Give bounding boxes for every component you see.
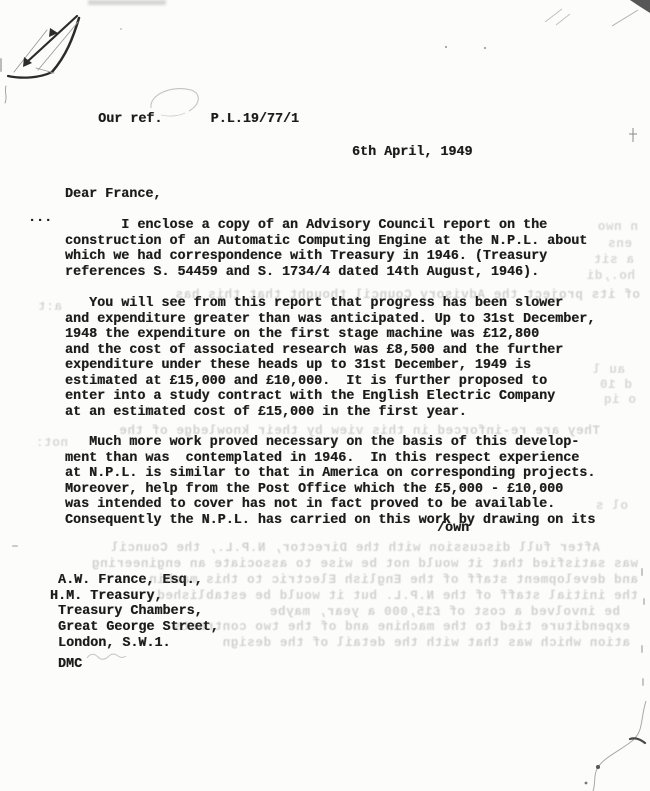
page-curl-crease <box>558 695 650 791</box>
ghost-fragment: ol s <box>588 499 628 513</box>
ghost-bleedthrough-line: ation which was that with the detail of … <box>150 636 630 650</box>
ghost-bleedthrough-line: be involved a cost of £15,000 a year, ma… <box>150 605 620 619</box>
ghost-fragment: a sit <box>584 253 634 267</box>
ghost-fragment: au l <box>585 363 625 377</box>
pencil-squiggle-mark <box>85 646 140 664</box>
scan-speck <box>0 58 2 72</box>
ghost-fragment: ens <box>592 237 632 251</box>
scan-speck <box>445 46 447 48</box>
ghost-fragment: d 10 <box>592 378 632 392</box>
ghost-fragment: ho.,di <box>575 269 635 283</box>
ghost-fragment: a:t <box>28 300 62 314</box>
ghost-bleedthrough-line: They are re-inforced in this view by the… <box>35 424 600 438</box>
ghost-fragment: n nwo <box>580 220 638 234</box>
scan-speck <box>641 568 643 576</box>
small-cross-mark <box>626 126 642 146</box>
scanned-letter-page: Our ref. P.L.19/77/1 6th April, 1949 Dea… <box>0 0 650 791</box>
reference-line: Our ref. P.L.19/77/1 <box>66 96 299 143</box>
paragraph-2: You will see from this report that progr… <box>65 296 595 420</box>
scan-speck <box>641 645 643 653</box>
reference-spacer <box>162 112 210 127</box>
ghost-bleedthrough-line: the initial staff of the N.P.L. but it w… <box>145 589 638 603</box>
ghost-bleedthrough-line: expenditure tied to the machine and of t… <box>150 620 630 634</box>
reference-value: P.L.19/77/1 <box>211 112 299 127</box>
scan-speck <box>643 598 645 605</box>
ghost-fragment: not: <box>28 436 68 450</box>
paragraph-1: I enclose a copy of an Advisory Council … <box>65 218 587 280</box>
ghost-bleedthrough-line: was satisfied that it would not be wise … <box>18 557 638 571</box>
scan-speck <box>642 678 644 686</box>
ghost-fragment: o iq <box>596 393 636 407</box>
scan-speck <box>120 28 122 30</box>
ghost-bleedthrough-line: of its project the Advisory Council thou… <box>95 288 640 302</box>
scan-smudge-top <box>88 0 166 5</box>
ghost-bleedthrough-line: and development staff of the English Ele… <box>150 573 638 587</box>
corner-mark-top-right <box>540 0 650 40</box>
typist-initials: DMC <box>58 657 82 673</box>
paragraph-3: Much more work proved necessary on the b… <box>65 435 595 528</box>
page-continuation: /own <box>437 521 469 537</box>
ghost-bleedthrough-line: After full discussion with the Director,… <box>35 541 600 555</box>
scan-speck <box>12 545 18 547</box>
margin-ellipsis-mark: ... <box>28 211 52 227</box>
letter-date: 6th April, 1949 <box>352 145 473 161</box>
scan-speck <box>484 47 486 49</box>
salutation: Dear France, <box>65 187 161 203</box>
reference-label: Our ref. <box>98 112 162 127</box>
